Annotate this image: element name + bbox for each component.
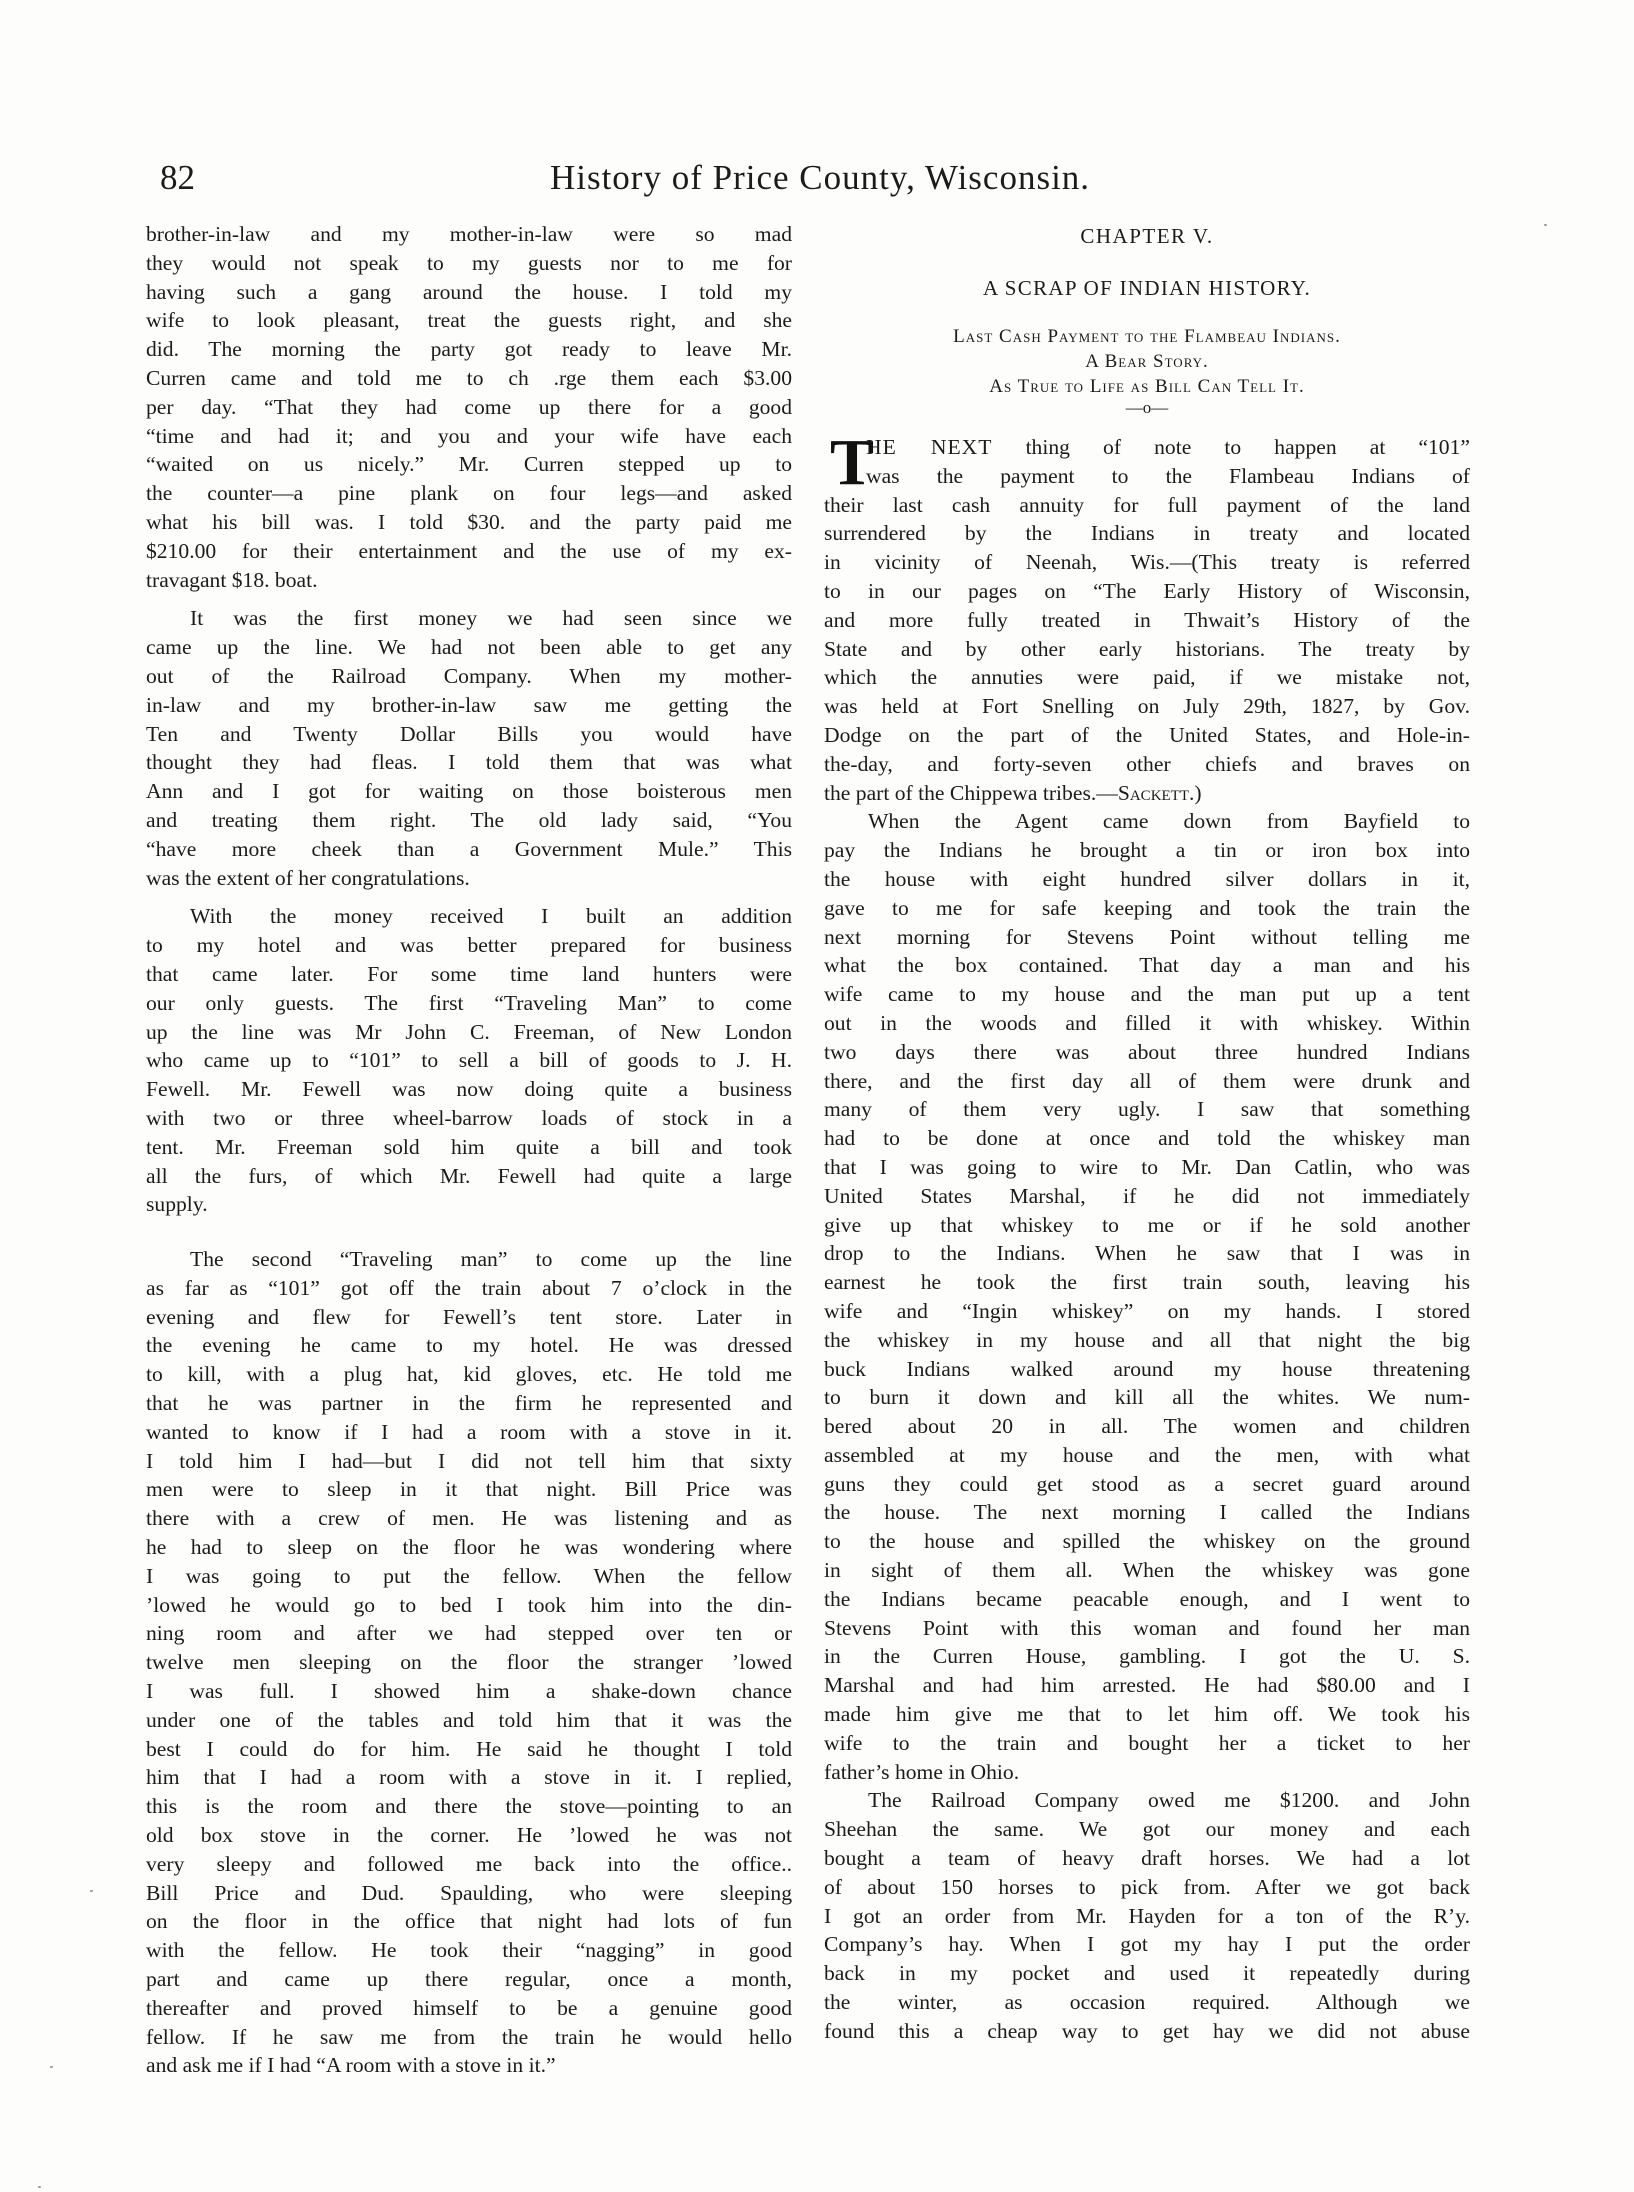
- text-line: men were to sleep in it that night. Bill…: [146, 1475, 792, 1504]
- text-line: Ann and I got for waiting on those boist…: [146, 777, 792, 806]
- text-line: assembled at my house and the men, with …: [824, 1441, 1470, 1470]
- text-line: the house with eight hundred silver doll…: [824, 865, 1470, 894]
- text-line: out of the Railroad Company. When my mot…: [146, 662, 792, 691]
- text-line: Fewell. Mr. Fewell was now doing quite a…: [146, 1075, 792, 1104]
- text-line: “time and had it; and you and your wife …: [146, 422, 792, 451]
- text-line: I got an order from Mr. Hayden for a ton…: [824, 1902, 1470, 1931]
- text-line: father’s home in Ohio.: [824, 1758, 1470, 1787]
- text-line: supply.: [146, 1190, 792, 1219]
- text-line: up the line was Mr John C. Freeman, of N…: [146, 1018, 792, 1047]
- text-line: there with a crew of men. He was listeni…: [146, 1504, 792, 1533]
- text-line: the whiskey in my house and all that nig…: [824, 1326, 1470, 1355]
- text-line: With the money received I built an addit…: [146, 902, 792, 931]
- text-line: fellow. If he saw me from the train he w…: [146, 2023, 792, 2052]
- text-line: and more fully treated in Thwait’s Histo…: [824, 606, 1470, 635]
- text-line: made him give me that to let him off. We…: [824, 1700, 1470, 1729]
- text-line: wife to look pleasant, treat the guests …: [146, 306, 792, 335]
- text-line: to burn it down and kill all the whites.…: [824, 1383, 1470, 1412]
- scanned-book-page: 82 History of Price County, Wisconsin. b…: [0, 0, 1634, 2192]
- text-line: earnest he took the first train south, l…: [824, 1268, 1470, 1297]
- right-column: CHAPTER V. A SCRAP OF INDIAN HISTORY. La…: [824, 220, 1470, 2046]
- ornament-divider: —o—: [824, 399, 1470, 419]
- paragraph-gap: [146, 594, 792, 604]
- text-line: State and by other early historians. The…: [824, 635, 1470, 664]
- text-line: had to be done at once and told the whis…: [824, 1124, 1470, 1153]
- text-line: per day. “That they had come up there fo…: [146, 393, 792, 422]
- text-line: I was full. I showed him a shake-down ch…: [146, 1677, 792, 1706]
- text-line: that he was partner in the firm he repre…: [146, 1389, 792, 1418]
- text-line: Sheehan the same. We got our money and e…: [824, 1815, 1470, 1844]
- left-column: brother-in-law and my mother-in-law were…: [146, 220, 792, 2080]
- text-line: him that I had a room with a stove in it…: [146, 1763, 792, 1792]
- opening-line-rest: thing of note to happen at “101”: [1026, 435, 1470, 459]
- text-line: who came up to “101” to sell a bill of g…: [146, 1046, 792, 1075]
- text-line: with the fellow. He took their “nagging”…: [146, 1936, 792, 1965]
- text-line: under one of the tables and told him tha…: [146, 1706, 792, 1735]
- section-title: A SCRAP OF INDIAN HISTORY.: [824, 274, 1470, 302]
- text-line: all the furs, of which Mr. Fewell had qu…: [146, 1162, 792, 1191]
- text-line: I told him I had—but I did not tell him …: [146, 1447, 792, 1476]
- text-line: as far as “101” got off the train about …: [146, 1274, 792, 1303]
- text-line: two days there was about three hundred I…: [824, 1038, 1470, 1067]
- text-line: Stevens Point with this woman and found …: [824, 1614, 1470, 1643]
- text-line: to the house and spilled the whiskey on …: [824, 1527, 1470, 1556]
- text-line: Dodge on the part of the United States, …: [824, 721, 1470, 750]
- text-line: that came later. For some time land hunt…: [146, 960, 792, 989]
- text-line: Bill Price and Dud. Spaulding, who were …: [146, 1879, 792, 1908]
- text-line: part and came up there regular, once a m…: [146, 1965, 792, 1994]
- text-line: It was the first money we had seen since…: [146, 604, 792, 633]
- text-line: When the Agent came down from Bayfield t…: [824, 807, 1470, 836]
- text-line: the house. The next morning I called the…: [824, 1498, 1470, 1527]
- opening-lead: HE NEXT: [866, 435, 992, 459]
- text-line: Marshal and had him arrested. He had $80…: [824, 1671, 1470, 1700]
- text-line: he had to sleep on the floor he was wond…: [146, 1533, 792, 1562]
- text-line: Ten and Twenty Dollar Bills you would ha…: [146, 720, 792, 749]
- text-line: best I could do for him. He said he thou…: [146, 1735, 792, 1764]
- text-line: the winter, as occasion required. Althou…: [824, 1988, 1470, 2017]
- text-line: with two or three wheel-barrow loads of …: [146, 1104, 792, 1133]
- text-line: was held at Fort Snelling on July 29th, …: [824, 692, 1470, 721]
- text-line: guns they could get stood as a secret gu…: [824, 1470, 1470, 1499]
- text-line: HE NEXT thing of note to happen at “101”: [824, 433, 1470, 462]
- text-line: and ask me if I had “A room with a stove…: [146, 2051, 792, 2080]
- text-line: ning room and after we had stepped over …: [146, 1619, 792, 1648]
- text-line: wife came to my house and the man put up…: [824, 980, 1470, 1009]
- right-column-body: their last cash annuity for full payment…: [824, 491, 1470, 2046]
- text-line: our only guests. The first “Traveling Ma…: [146, 989, 792, 1018]
- scan-speck: [50, 2066, 53, 2068]
- citation-close: ): [1194, 781, 1201, 805]
- text-line: The Railroad Company owed me $1200. and …: [824, 1786, 1470, 1815]
- text-line: in sight of them all. When the whiskey w…: [824, 1556, 1470, 1585]
- text-line: in vicinity of Neenah, Wis.—(This treaty…: [824, 548, 1470, 577]
- paragraph-gap: [146, 1219, 792, 1245]
- text-line: and treating them right. The old lady sa…: [146, 806, 792, 835]
- running-head: 82 History of Price County, Wisconsin.: [160, 158, 1460, 208]
- text-line: what his bill was. I told $30. and the p…: [146, 508, 792, 537]
- text-line: that I was going to wire to Mr. Dan Catl…: [824, 1153, 1470, 1182]
- running-title: History of Price County, Wisconsin.: [160, 158, 1460, 198]
- text-line: $210.00 for their entertainment and the …: [146, 537, 792, 566]
- text-line: the counter—a pine plank on four legs—an…: [146, 479, 792, 508]
- text-line: buck Indians walked around my house thre…: [824, 1355, 1470, 1384]
- text-line: bered about 20 in all. The women and chi…: [824, 1412, 1470, 1441]
- text-line: brother-in-law and my mother-in-law were…: [146, 220, 792, 249]
- drop-cap: T: [830, 437, 874, 489]
- text-line: what the box contained. That day a man a…: [824, 951, 1470, 980]
- text-line: drop to the Indians. When he saw that I …: [824, 1239, 1470, 1268]
- text-line: to in our pages on “The Early History of…: [824, 577, 1470, 606]
- scan-speck: [1544, 224, 1547, 226]
- paragraph-gap: [146, 892, 792, 902]
- text-line: in the Curren House, gambling. I got the…: [824, 1642, 1470, 1671]
- text-line: was the payment to the Flambeau Indians …: [824, 462, 1470, 491]
- text-line: back in my pocket and used it repeatedly…: [824, 1959, 1470, 1988]
- text-line: travagant $18. boat.: [146, 566, 792, 595]
- text-line: next morning for Stevens Point without t…: [824, 923, 1470, 952]
- text-line: The second “Traveling man” to come up th…: [146, 1245, 792, 1274]
- text-line: thought they had fleas. I told them that…: [146, 748, 792, 777]
- subtitle-payment: Last Cash Payment to the Flambeau Indian…: [824, 324, 1470, 349]
- text-line: thereafter and proved himself to be a ge…: [146, 1994, 792, 2023]
- text-line: their last cash annuity for full payment…: [824, 491, 1470, 520]
- text-line: Curren came and told me to ch .rge them …: [146, 364, 792, 393]
- text-line: gave to me for safe keeping and took the…: [824, 894, 1470, 923]
- text-line: the Indians became peacable enough, and …: [824, 1585, 1470, 1614]
- text-line: surrendered by the Indians in treaty and…: [824, 519, 1470, 548]
- text-line: came up the line. We had not been able t…: [146, 633, 792, 662]
- scan-speck: [90, 1890, 93, 1892]
- text-line: to kill, with a plug hat, kid gloves, et…: [146, 1360, 792, 1389]
- text-line: to my hotel and was better prepared for …: [146, 931, 792, 960]
- scan-speck: [38, 2186, 41, 2188]
- text-line: the-day, and forty-seven other chiefs an…: [824, 750, 1470, 779]
- text-line: which the annuties were paid, if we mist…: [824, 663, 1470, 692]
- text-line: very sleepy and followed me back into th…: [146, 1850, 792, 1879]
- citation-author: Sackett.: [1118, 781, 1195, 805]
- text-line: tent. Mr. Freeman sold him quite a bill …: [146, 1133, 792, 1162]
- text-line: ’lowed he would go to bed I took him int…: [146, 1591, 792, 1620]
- text-line: I was going to put the fellow. When the …: [146, 1562, 792, 1591]
- text-line: the evening he came to my hotel. He was …: [146, 1331, 792, 1360]
- text-line: on the floor in the office that night ha…: [146, 1907, 792, 1936]
- subtitle-bear-story: A Bear Story.: [824, 349, 1470, 374]
- text-line: “have more cheek than a Government Mule.…: [146, 835, 792, 864]
- text-line: this is the room and there the stove—poi…: [146, 1792, 792, 1821]
- text-line: Company’s hay. When I got my hay I put t…: [824, 1930, 1470, 1959]
- text-line: wife to the train and bought her a ticke…: [824, 1729, 1470, 1758]
- citation-text: the part of the Chippewa tribes.—: [824, 781, 1118, 805]
- text-line: wife and “Ingin whiskey” on my hands. I …: [824, 1297, 1470, 1326]
- text-line: they would not speak to my guests nor to…: [146, 249, 792, 278]
- text-line: wanted to know if I had a room with a st…: [146, 1418, 792, 1447]
- text-line-citation: the part of the Chippewa tribes.—Sackett…: [824, 779, 1470, 808]
- text-line: pay the Indians he brought a tin or iron…: [824, 836, 1470, 865]
- text-line: “waited on us nicely.” Mr. Curren steppe…: [146, 450, 792, 479]
- text-line: was the extent of her congratulations.: [146, 864, 792, 893]
- text-line: did. The morning the party got ready to …: [146, 335, 792, 364]
- text-line: bought a team of heavy draft horses. We …: [824, 1844, 1470, 1873]
- text-line: give up that whiskey to me or if he sold…: [824, 1211, 1470, 1240]
- text-line: many of them very ugly. I saw that somet…: [824, 1095, 1470, 1124]
- text-line: in-law and my brother-in-law saw me gett…: [146, 691, 792, 720]
- text-line: United States Marshal, if he did not imm…: [824, 1182, 1470, 1211]
- text-line: evening and flew for Fewell’s tent store…: [146, 1303, 792, 1332]
- subtitle-true-to-life: As True to Life as Bill Can Tell It.: [824, 374, 1470, 399]
- text-line: there, and the first day all of them wer…: [824, 1067, 1470, 1096]
- text-line: of about 150 horses to pick from. After …: [824, 1873, 1470, 1902]
- opening-paragraph-start: T HE NEXT thing of note to happen at “10…: [824, 433, 1470, 491]
- text-line: out in the woods and filled it with whis…: [824, 1009, 1470, 1038]
- chapter-heading: CHAPTER V.: [824, 222, 1470, 250]
- text-line: twelve men sleeping on the floor the str…: [146, 1648, 792, 1677]
- text-line: having such a gang around the house. I t…: [146, 278, 792, 307]
- text-line: old box stove in the corner. He ’lowed h…: [146, 1821, 792, 1850]
- text-line: found this a cheap way to get hay we did…: [824, 2017, 1470, 2046]
